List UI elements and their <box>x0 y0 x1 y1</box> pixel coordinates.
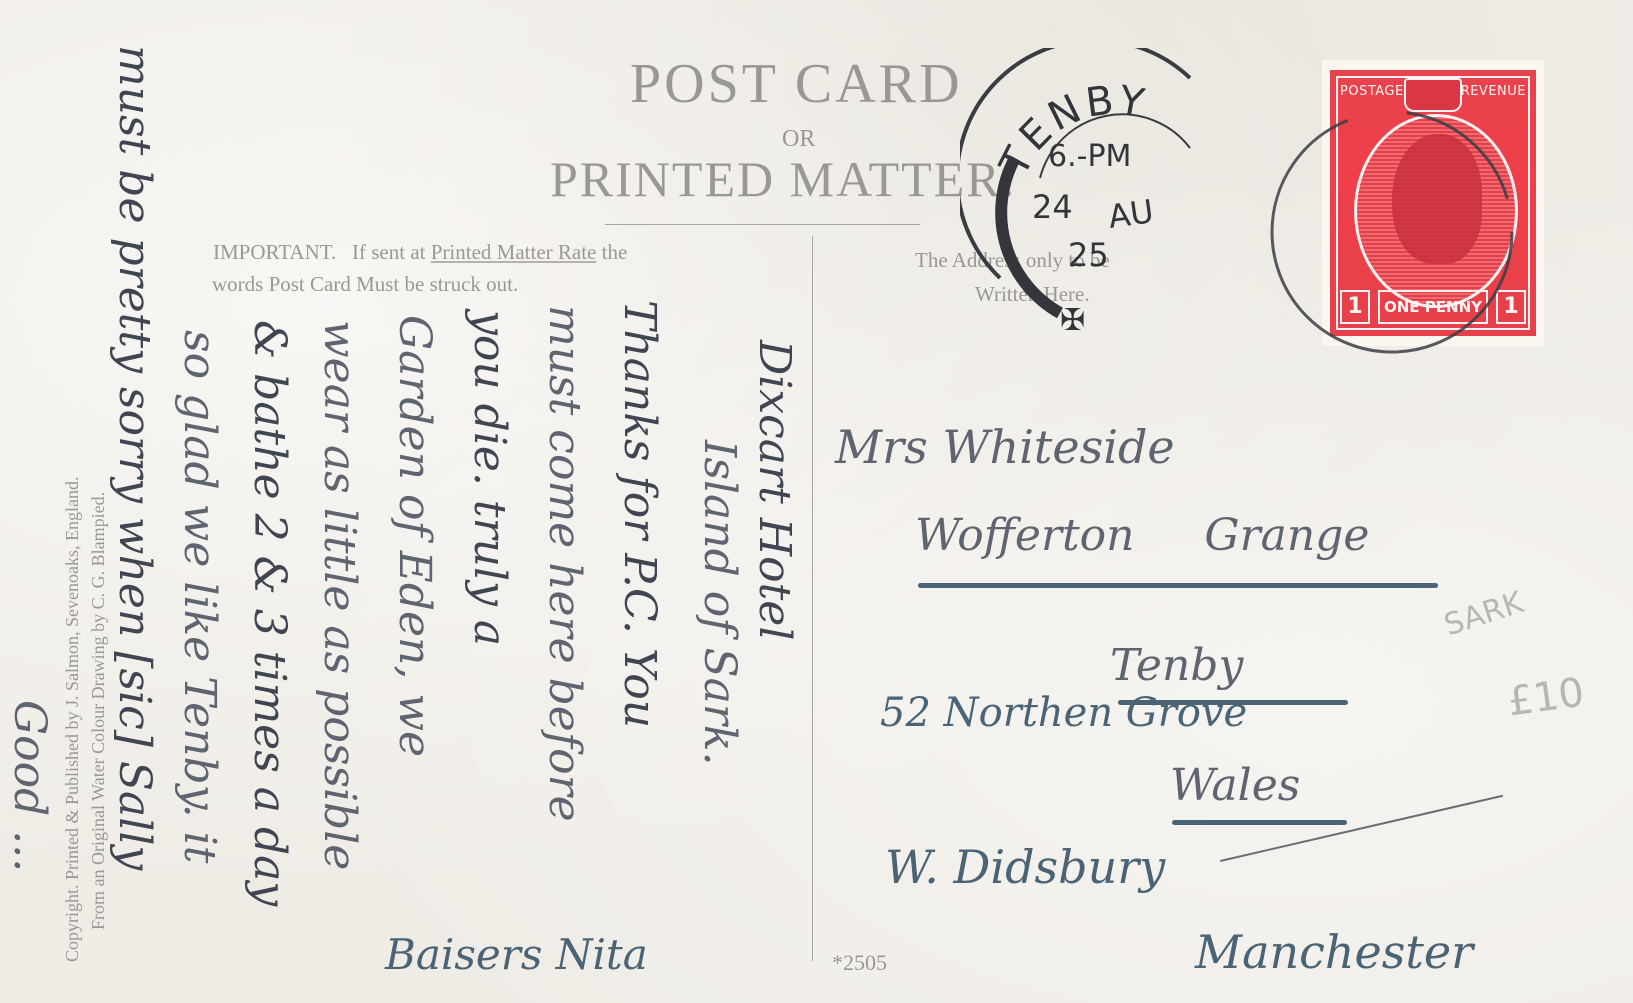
message-line: & bathe 2 & 3 times a day <box>244 320 295 906</box>
vertical-divider <box>812 236 813 961</box>
pencil-note-sark: SARK <box>1440 585 1528 643</box>
printed-matter-heading: PRINTED MATTER. <box>550 150 1016 208</box>
publisher-credit-line1: Copyright. Printed & Published by J. Sal… <box>62 477 83 962</box>
postmark-month: AU <box>1106 192 1156 236</box>
message-line: must come here before <box>539 305 590 822</box>
forwarding-address-district: W. Didsbury <box>885 840 1165 894</box>
recipient-line2: Wofferton Grange <box>915 510 1369 561</box>
address-struck-tenby: Tenby <box>1110 640 1243 691</box>
stamp-cancel-mark <box>1252 92 1532 372</box>
address-grange: Grange <box>1204 510 1369 561</box>
tenby-postmark: TENBY 6.-PM 24 AU 25 ✠ <box>960 48 1260 348</box>
address-struck-wales: Wales <box>1170 760 1300 811</box>
card-number: *2505 <box>832 950 887 976</box>
postmark-day: 24 <box>1032 188 1073 226</box>
message-line: Thanks for P.C. You <box>614 300 665 728</box>
important-underlined: Printed Matter Rate <box>431 240 597 264</box>
postmark-year: 25 <box>1068 236 1109 274</box>
important-suffix: the <box>602 240 628 264</box>
address-struck-wofferton: Wofferton <box>915 510 1134 561</box>
message-line: wear as little as possible <box>314 320 365 870</box>
message-line: must be pretty sorry when [sic] Sally <box>109 45 160 870</box>
message-line: Garden of Eden, we <box>389 315 440 757</box>
important-notice-line2: words Post Card Must be struck out. <box>212 272 518 297</box>
publisher-credit-line2: From an Original Water Colour Drawing by… <box>88 492 109 930</box>
strike-line-wales <box>1172 820 1347 825</box>
message-line: Island of Sark. <box>694 440 745 766</box>
important-notice-line1: IMPORTANT. If sent at Printed Matter Rat… <box>213 240 627 265</box>
strike-line-wofferton <box>918 583 1438 588</box>
message-line: so glad we like Tenby. it <box>174 330 225 863</box>
maltese-cross-icon: ✠ <box>1060 303 1085 338</box>
signature: Baisers Nita <box>385 930 648 979</box>
recipient-name: Mrs Whiteside <box>835 420 1175 474</box>
message-line: you die. truly a <box>464 310 515 646</box>
important-prefix: IMPORTANT. <box>213 240 336 264</box>
message-line: Good ... <box>4 700 55 872</box>
message-line: Dixcart Hotel <box>749 340 800 640</box>
pencil-note-price: £10 <box>1505 669 1587 725</box>
post-card-heading: POST CARD <box>630 52 963 116</box>
important-text: If sent at <box>352 240 425 264</box>
forwarding-address-city: Manchester <box>1195 925 1473 979</box>
heading-rule <box>605 224 920 225</box>
postmark-time: 6.-PM <box>1048 139 1131 174</box>
forwarding-address-street: 52 Northen Grove <box>880 690 1247 736</box>
or-heading: OR <box>782 126 815 153</box>
